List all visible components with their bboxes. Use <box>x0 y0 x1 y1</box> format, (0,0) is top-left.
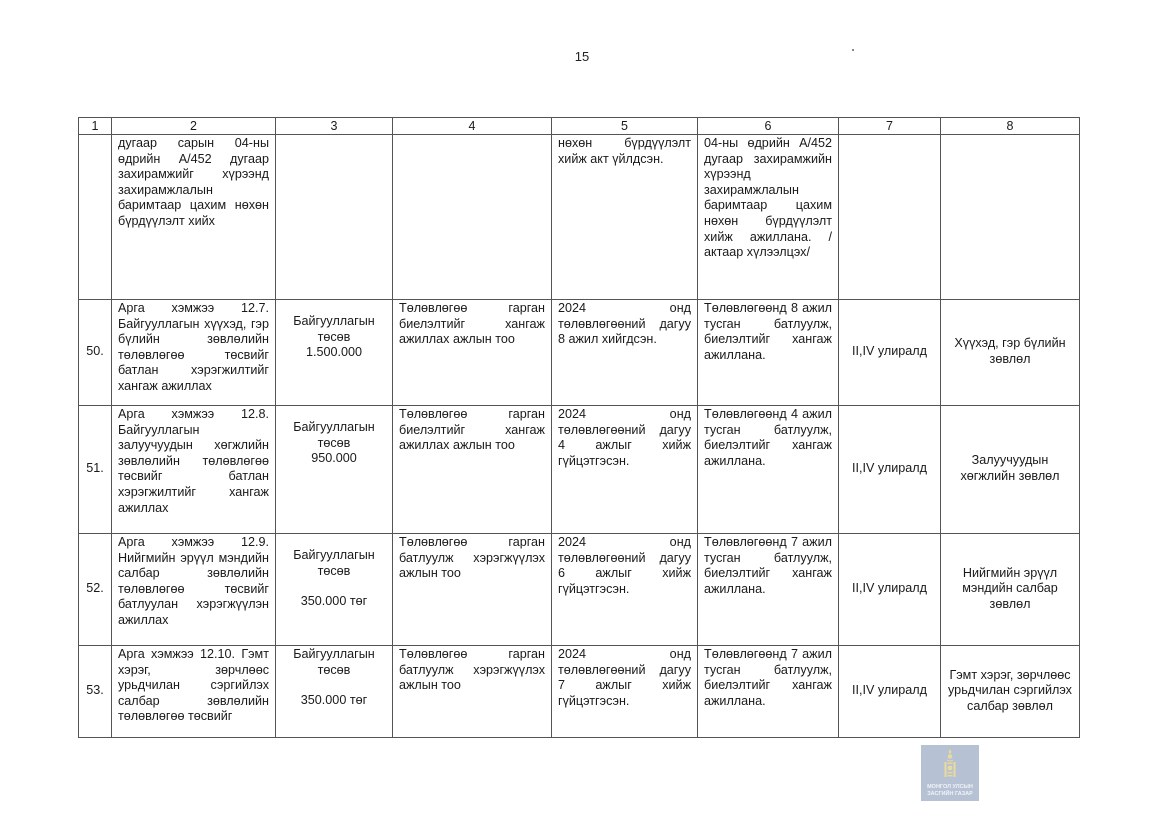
cell-period: II,IV улиралд <box>839 534 941 646</box>
cell-measure: Арга хэмжээ 12.9. Нийгмийн эрүүл мэндийн… <box>112 534 276 646</box>
cell-target: Төлөвлөгөөнд 4 ажил тусган батлуулж, бие… <box>698 406 839 534</box>
action-plan-table: 1 2 3 4 5 6 7 8 дугаар сарын 04-ны өдрий… <box>78 117 1080 738</box>
cell-budget: Байгууллагын төсөв 350.000 төг <box>276 534 393 646</box>
cell-budget <box>276 135 393 300</box>
cell-target: 04-ны өдрийн А/452 дугаар захирамжийн хү… <box>698 135 839 300</box>
header-col-6: 6 <box>698 118 839 135</box>
cell-baseline: 2024 онд төлөвлөгөөний дагуу 8 ажил хийг… <box>552 300 698 406</box>
government-stamp: МОНГОЛ УЛСЫН ЗАСГИЙН ГАЗАР <box>921 745 979 801</box>
table-row: 50. Арга хэмжээ 12.7. Байгууллагын хүүхэ… <box>79 300 1080 406</box>
cell-measure: Арга хэмжээ 12.10. Гэмт хэрэг, зөрчлөөс … <box>112 646 276 738</box>
header-col-7: 7 <box>839 118 941 135</box>
cell-baseline: нөхөн бүрдүүлэлт хийж акт үйлдсэн. <box>552 135 698 300</box>
cell-period: II,IV улиралд <box>839 300 941 406</box>
table-row: 53. Арга хэмжээ 12.10. Гэмт хэрэг, зөрчл… <box>79 646 1080 738</box>
scan-speck <box>852 49 854 51</box>
table-row: 51. Арга хэмжээ 12.8. Байгууллагын залуу… <box>79 406 1080 534</box>
cell-budget: Байгууллагын төсөв 950.000 <box>276 406 393 534</box>
cell-indicator: Төлөвлөгөө гарган биелэлтийг хангаж ажил… <box>393 300 552 406</box>
cell-indicator <box>393 135 552 300</box>
cell-period <box>839 135 941 300</box>
header-col-3: 3 <box>276 118 393 135</box>
stamp-caption-line-2: ЗАСГИЙН ГАЗАР <box>927 791 973 797</box>
header-col-8: 8 <box>941 118 1080 135</box>
row-number: 51. <box>79 406 112 534</box>
cell-measure: Арга хэмжээ 12.8. Байгууллагын залуучууд… <box>112 406 276 534</box>
cell-budget: Байгууллагын төсөв 350.000 төг <box>276 646 393 738</box>
cell-period: II,IV улиралд <box>839 406 941 534</box>
cell-target: Төлөвлөгөөнд 8 ажил тусган батлуулж, бие… <box>698 300 839 406</box>
budget-source: Байгууллагын төсөв <box>293 548 375 578</box>
cell-period: II,IV улиралд <box>839 646 941 738</box>
cell-baseline: 2024 онд төлөвлөгөөний дагуу 4 ажлыг хий… <box>552 406 698 534</box>
stamp-caption: МОНГОЛ УЛСЫН ЗАСГИЙН ГАЗАР <box>921 784 979 798</box>
stamp-caption-line-1: МОНГОЛ УЛСЫН <box>927 784 973 790</box>
cell-no <box>79 135 112 300</box>
header-col-1: 1 <box>79 118 112 135</box>
cell-indicator: Төлөвлөгөө гарган батлуулж хэрэгжүүлэх а… <box>393 534 552 646</box>
continuation-row: дугаар сарын 04-ны өдрийн А/452 дугаар з… <box>79 135 1080 300</box>
cell-measure: дугаар сарын 04-ны өдрийн А/452 дугаар з… <box>112 135 276 300</box>
cell-measure: Арга хэмжээ 12.7. Байгууллагын хүүхэд, г… <box>112 300 276 406</box>
budget-source: Байгууллагын төсөв <box>293 420 375 450</box>
header-col-5: 5 <box>552 118 698 135</box>
cell-target: Төлөвлөгөөнд 7 ажил тусган батлуулж, бие… <box>698 534 839 646</box>
budget-source: Байгууллагын төсөв <box>293 314 375 344</box>
cell-target: Төлөвлөгөөнд 7 ажил тусган батлуулж, бие… <box>698 646 839 738</box>
cell-baseline: 2024 онд төлөвлөгөөний дагуу 7 ажлыг хий… <box>552 646 698 738</box>
budget-amount: 350.000 төг <box>301 693 367 707</box>
header-col-2: 2 <box>112 118 276 135</box>
header-col-4: 4 <box>393 118 552 135</box>
budget-source: Байгууллагын төсөв <box>293 647 375 677</box>
row-number: 53. <box>79 646 112 738</box>
row-number: 52. <box>79 534 112 646</box>
page-number: 15 <box>560 49 604 64</box>
budget-amount: 350.000 төг <box>301 594 367 608</box>
cell-responsible: Хүүхэд, гэр бүлийн зөвлөл <box>941 300 1080 406</box>
cell-responsible: Гэмт хэрэг, зөрчлөөс урьдчилан сэргийлэх… <box>941 646 1080 738</box>
cell-responsible: Нийгмийн эрүүл мэндийн салбар зөвлөл <box>941 534 1080 646</box>
cell-responsible <box>941 135 1080 300</box>
budget-amount: 950.000 <box>311 451 357 465</box>
budget-amount: 1.500.000 <box>306 345 362 359</box>
cell-budget: Байгууллагын төсөв 1.500.000 <box>276 300 393 406</box>
column-number-header-row: 1 2 3 4 5 6 7 8 <box>79 118 1080 135</box>
cell-indicator: Төлөвлөгөө гарган биелэлтийг хангаж ажил… <box>393 406 552 534</box>
cell-baseline: 2024 онд төлөвлөгөөний дагуу 6 ажлыг хий… <box>552 534 698 646</box>
cell-indicator: Төлөвлөгөө гарган батлуулж хэрэгжүүлэх а… <box>393 646 552 738</box>
cell-responsible: Залуучуудын хөгжлийн зөвлөл <box>941 406 1080 534</box>
soyombo-emblem-icon <box>943 749 957 779</box>
row-number: 50. <box>79 300 112 406</box>
table-row: 52. Арга хэмжээ 12.9. Нийгмийн эрүүл мэн… <box>79 534 1080 646</box>
